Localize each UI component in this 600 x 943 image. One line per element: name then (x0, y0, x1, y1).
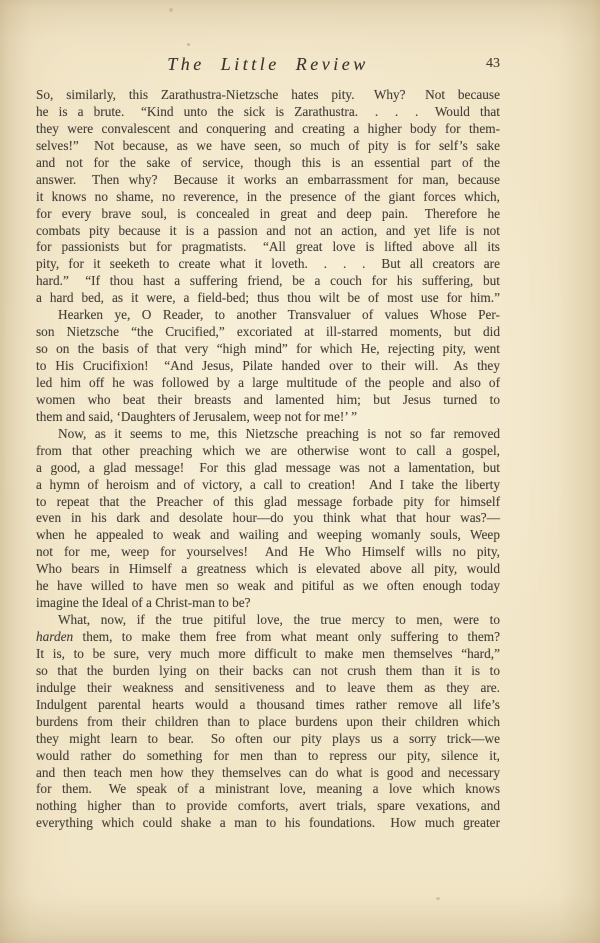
text-line: combats pity because it is a passion and… (36, 223, 500, 240)
text-line: burdens from their children than to plac… (36, 714, 500, 731)
text-line: he is a brute. “Kind unto the sick is Za… (36, 104, 500, 121)
text-line: Indulgent parental hearts would a thousa… (36, 697, 500, 714)
text-line: it knows no shame, no reverence, in the … (36, 189, 500, 206)
text-line: nothing higher than to provide comforts,… (36, 798, 500, 815)
text-line: So, similarly, this Zarathustra-Nietzsch… (36, 87, 500, 104)
text-line: he have willed to have men so weak and p… (36, 578, 500, 595)
text-line: Hearken ye, O Reader, to another Transva… (36, 307, 500, 324)
text-line: so that the burden lying on their backs … (36, 663, 500, 680)
page-number: 43 (486, 56, 500, 72)
text-line: from that other preaching which we are o… (36, 443, 500, 460)
text-line: a hard bed, as it were, a field-bed; thu… (36, 290, 500, 307)
text-line: indulge their weakness and sensitiveness… (36, 680, 500, 697)
text-line: them and said, ‘Daughters of Jerusalem, … (36, 409, 500, 426)
text-line: imagine the Ideal of a Christ-man to be? (36, 595, 500, 612)
text-line: even in his dark and desolate hour—do yo… (36, 510, 500, 527)
text-line: a hymn of heroism and of victory, a call… (36, 477, 500, 494)
page-body: So, similarly, this Zarathustra-Nietzsch… (36, 87, 500, 832)
text-line: when he appealed to weak and wailing and… (36, 527, 500, 544)
journal-title: The Little Review (167, 54, 368, 74)
paragraph: So, similarly, this Zarathustra-Nietzsch… (36, 87, 500, 307)
text-line: Who bears in Himself a greatness which i… (36, 561, 500, 578)
text-line: and then teach men how they themselves c… (36, 765, 500, 782)
paragraph: Now, as it seems to me, this Nietzsche p… (36, 426, 500, 612)
text-line: pity, for it seeketh to create what it l… (36, 256, 500, 273)
text-line: a good, a glad message! For this glad me… (36, 460, 500, 477)
paragraph: Hearken ye, O Reader, to another Transva… (36, 307, 500, 426)
running-header: The Little Review 43 (36, 54, 500, 74)
text-line: son Nietzsche “the Crucified,” excoriate… (36, 324, 500, 341)
text-line: harden them, to make them free from what… (36, 629, 500, 646)
text-line: and not for the sake of service, though … (36, 155, 500, 172)
text-line: What, now, if the true pitiful love, the… (36, 612, 500, 629)
text-line: everything which could shake a man to hi… (36, 815, 500, 832)
text-line: to His Crucifixion! “And Jesus, Pilate h… (36, 358, 500, 375)
text-line: so on the basis of that very “high mind”… (36, 341, 500, 358)
text-line: women who beat their breasts and lamente… (36, 392, 500, 409)
text-line: It is, to be sure, very much more diffic… (36, 646, 500, 663)
text-line: hard.” “If thou hast a suffering friend,… (36, 273, 500, 290)
paragraph: What, now, if the true pitiful love, the… (36, 612, 500, 832)
text-line: led him off he was followed by a large m… (36, 375, 500, 392)
text-line: for passionists but for pragmatists. “Al… (36, 239, 500, 256)
scan-speck (436, 897, 440, 900)
text-line: they were convalescent and conquering an… (36, 121, 500, 138)
text-line: they might learn to bear. So often our p… (36, 731, 500, 748)
text-line: would rather do something for men than t… (36, 748, 500, 765)
text-line: Now, as it seems to me, this Nietzsche p… (36, 426, 500, 443)
text-line: not for me, weep for yourselves! And He … (36, 544, 500, 561)
scan-speck (169, 8, 173, 12)
text-line: to repeat that the Preacher of this glad… (36, 494, 500, 511)
scan-speck (187, 43, 190, 46)
text-line: for them. We speak of a ministrant love,… (36, 781, 500, 798)
text-line: answer. Then why? Because it works an em… (36, 172, 500, 189)
text-line: for every brave soul, is concealed in gr… (36, 206, 500, 223)
text-line: selves!” Not because, as we have seen, s… (36, 138, 500, 155)
scanned-page: The Little Review 43 So, similarly, this… (0, 0, 600, 943)
